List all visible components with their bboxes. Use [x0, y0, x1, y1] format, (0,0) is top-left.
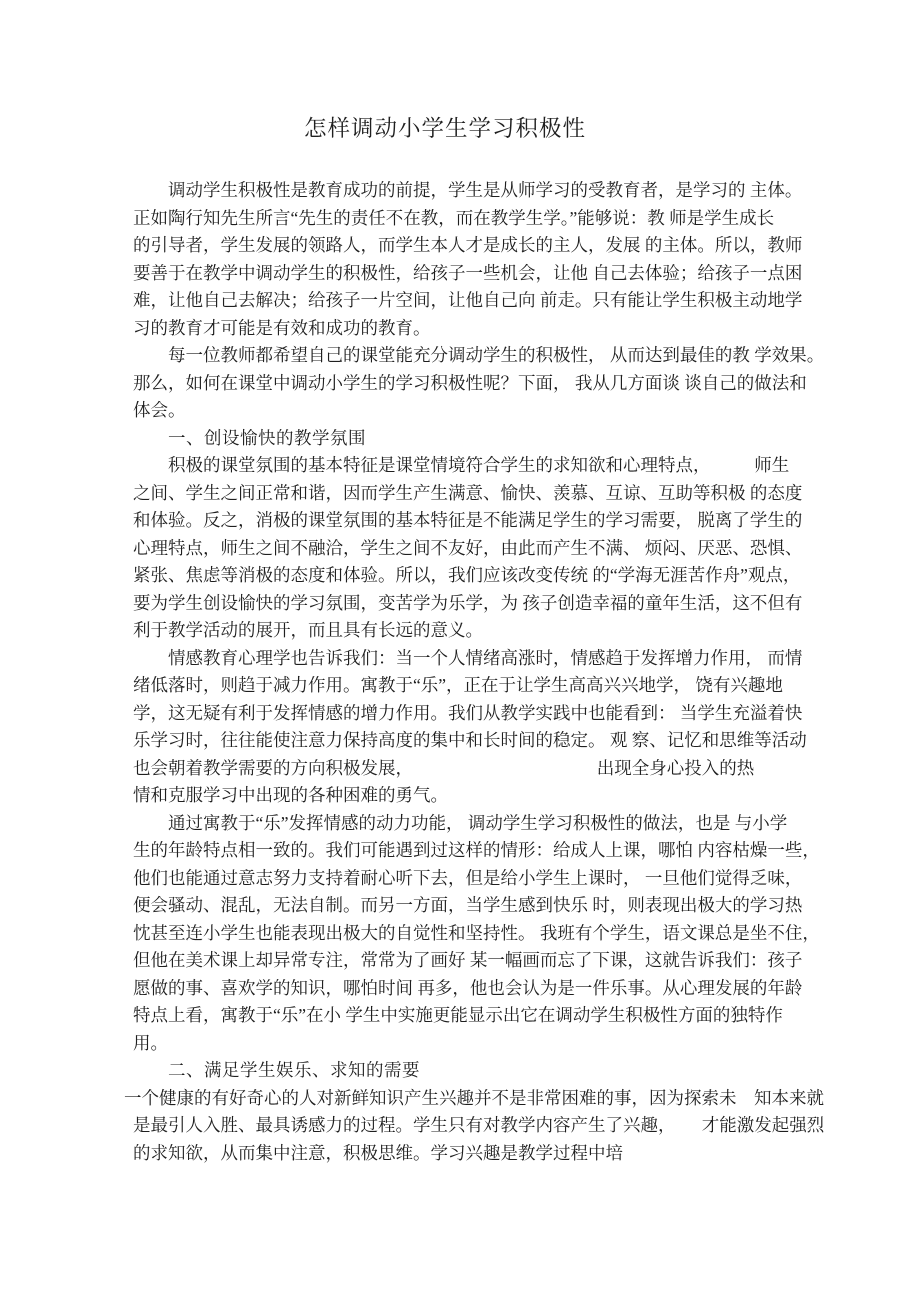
text-line: 情感教育心理学也告诉我们：当一个人情绪高涨时，情感趋于发挥增力作用， 而情 — [133, 645, 833, 673]
text-line: 利于教学活动的展开，而且具有长远的意义。 — [133, 617, 833, 645]
text-line: 的求知欲，从而集中注意，积极思维。学习兴趣是教学过程中培 — [133, 1140, 833, 1168]
text-line: 要为学生创设愉快的学习氛围，变苦学为乐学，为 孩子创造幸福的童年生活，这不但有 — [133, 590, 833, 618]
text-line: 一、创设愉快的教学氛围 — [133, 425, 833, 453]
text-line: 那么，如何在课堂中调动小学生的学习积极性呢？下面， 我从几方面谈 谈自己的做法和 — [133, 370, 833, 398]
paragraph: 每一位教师都希望自己的课堂能充分调动学生的积极性， 从而达到最佳的教 学效果。那… — [133, 342, 833, 425]
document-title: 怎样调动小学生学习积极性 — [0, 0, 920, 144]
text-line: 愿做的事、喜欢学的知识，哪怕时间 再多，他也会认为是一件乐事。从心理发展的年龄 — [133, 975, 833, 1003]
paragraph: 调动学生积极性是教育成功的前提，学生是从师学习的受教育者，是学习的 主体。正如陶… — [133, 177, 833, 342]
document-body: 调动学生积极性是教育成功的前提，学生是从师学习的受教育者，是学习的 主体。正如陶… — [133, 177, 833, 1167]
text-line: 每一位教师都希望自己的课堂能充分调动学生的积极性， 从而达到最佳的教 学效果。 — [133, 342, 833, 370]
text-line: 乐学习时，往往能使注意力保持高度的集中和长时间的稳定。 观 察、记忆和思维等活动 — [133, 727, 833, 755]
paragraph: 情感教育心理学也告诉我们：当一个人情绪高涨时，情感趋于发挥增力作用， 而情绪低落… — [133, 645, 833, 810]
text-line: 是最引人入胜、最具诱感力的过程。学生只有对教学内容产生了兴趣， 才能激发起强烈 — [133, 1112, 833, 1140]
text-line: 紧张、焦虑等消极的态度和体验。所以，我们应该改变传统 的“学海无涯苦作舟”观点， — [133, 562, 833, 590]
text-line: 难，让他自己去解决；给孩子一片空间，让他自己向 前走。只有能让学生积极主动地学 — [133, 287, 833, 315]
text-line: 一个健康的有好奇心的人对新鲜知识产生兴趣并不是非常困难的事，因为探索未 知本来就 — [124, 1085, 833, 1113]
text-line: 便会骚动、混乱，无法自制。而另一方面，当学生感到快乐 时，则表现出极大的学习热 — [133, 892, 833, 920]
paragraph: 积极的课堂氛围的基本特征是课堂情境符合学生的求知欲和心理特点， 师生之间、学生之… — [133, 452, 833, 645]
text-line: 通过寓教于“乐”发挥情感的动力功能， 调动学生学习积极性的做法，也是 与小学 — [133, 810, 833, 838]
text-line: 正如陶行知先生所言“先生的责任不在教，而在教学生学。”能够说：教 师是学生成长 — [133, 205, 833, 233]
text-line: 的引导者，学生发展的领路人，而学生本人才是成长的主人，发展 的主体。所以，教师 — [133, 232, 833, 260]
text-line: 也会朝着教学需要的方向积极发展， 出现全身心投入的热 — [133, 755, 833, 783]
text-line: 用。 — [133, 1030, 833, 1058]
text-line: 他们也能通过意志努力支持着耐心听下去，但是给小学生上课时， 一旦他们觉得乏味， — [133, 865, 833, 893]
text-line: 体会。 — [133, 397, 833, 425]
paragraph: 一个健康的有好奇心的人对新鲜知识产生兴趣并不是非常困难的事，因为探索未 知本来就… — [133, 1085, 833, 1168]
text-line: 习的教育才可能是有效和成功的教育。 — [133, 315, 833, 343]
text-line: 忱甚至连小学生也能表现出极大的自觉性和坚持性。 我班有个学生，语文课总是坐不住， — [133, 920, 833, 948]
document-page: 怎样调动小学生学习积极性 调动学生积极性是教育成功的前提，学生是从师学习的受教育… — [0, 0, 920, 1303]
text-line: 特点上看，寓教于“乐”在小 学生中实施更能显示出它在调动学生积极性方面的独特作 — [133, 1002, 833, 1030]
text-line: 心理特点，师生之间不融洽，学生之间不友好，由此而产生不满、 烦闷、厌恶、恐惧、 — [133, 535, 833, 563]
text-line: 生的年龄特点相一致的。我们可能遇到过这样的情形：给成人上课，哪怕 内容枯燥一些， — [133, 837, 833, 865]
text-line: 调动学生积极性是教育成功的前提，学生是从师学习的受教育者，是学习的 主体。 — [133, 177, 833, 205]
text-line: 之间、学生之间正常和谐，因而学生产生满意、愉快、羡慕、互谅、互助等积极 的态度 — [133, 480, 833, 508]
text-line: 和体验。反之，消极的课堂氛围的基本特征是不能满足学生的学习需要， 脱离了学生的 — [133, 507, 833, 535]
section-heading: 一、创设愉快的教学氛围 — [133, 425, 833, 453]
paragraph: 通过寓教于“乐”发挥情感的动力功能， 调动学生学习积极性的做法，也是 与小学生的… — [133, 810, 833, 1058]
text-line: 绪低落时，则趋于减力作用。寓教于“乐”，正在于让学生高高兴兴地学， 饶有兴趣地 — [133, 672, 833, 700]
text-line: 要善于在教学中调动学生的积极性，给孩子一些机会，让他 自己去体验；给孩子一点困 — [133, 260, 833, 288]
text-line: 学，这无疑有利于发挥情感的增力作用。我们从教学实践中也能看到： 当学生充溢着快 — [133, 700, 833, 728]
section-heading: 二、满足学生娱乐、求知的需要 — [133, 1057, 833, 1085]
text-line: 情和克服学习中出现的各种困难的勇气。 — [133, 782, 833, 810]
text-line: 积极的课堂氛围的基本特征是课堂情境符合学生的求知欲和心理特点， 师生 — [133, 452, 833, 480]
text-line: 但他在美术课上却异常专注，常常为了画好 某一幅画而忘了下课，这就告诉我们：孩子 — [133, 947, 833, 975]
text-line: 二、满足学生娱乐、求知的需要 — [133, 1057, 833, 1085]
